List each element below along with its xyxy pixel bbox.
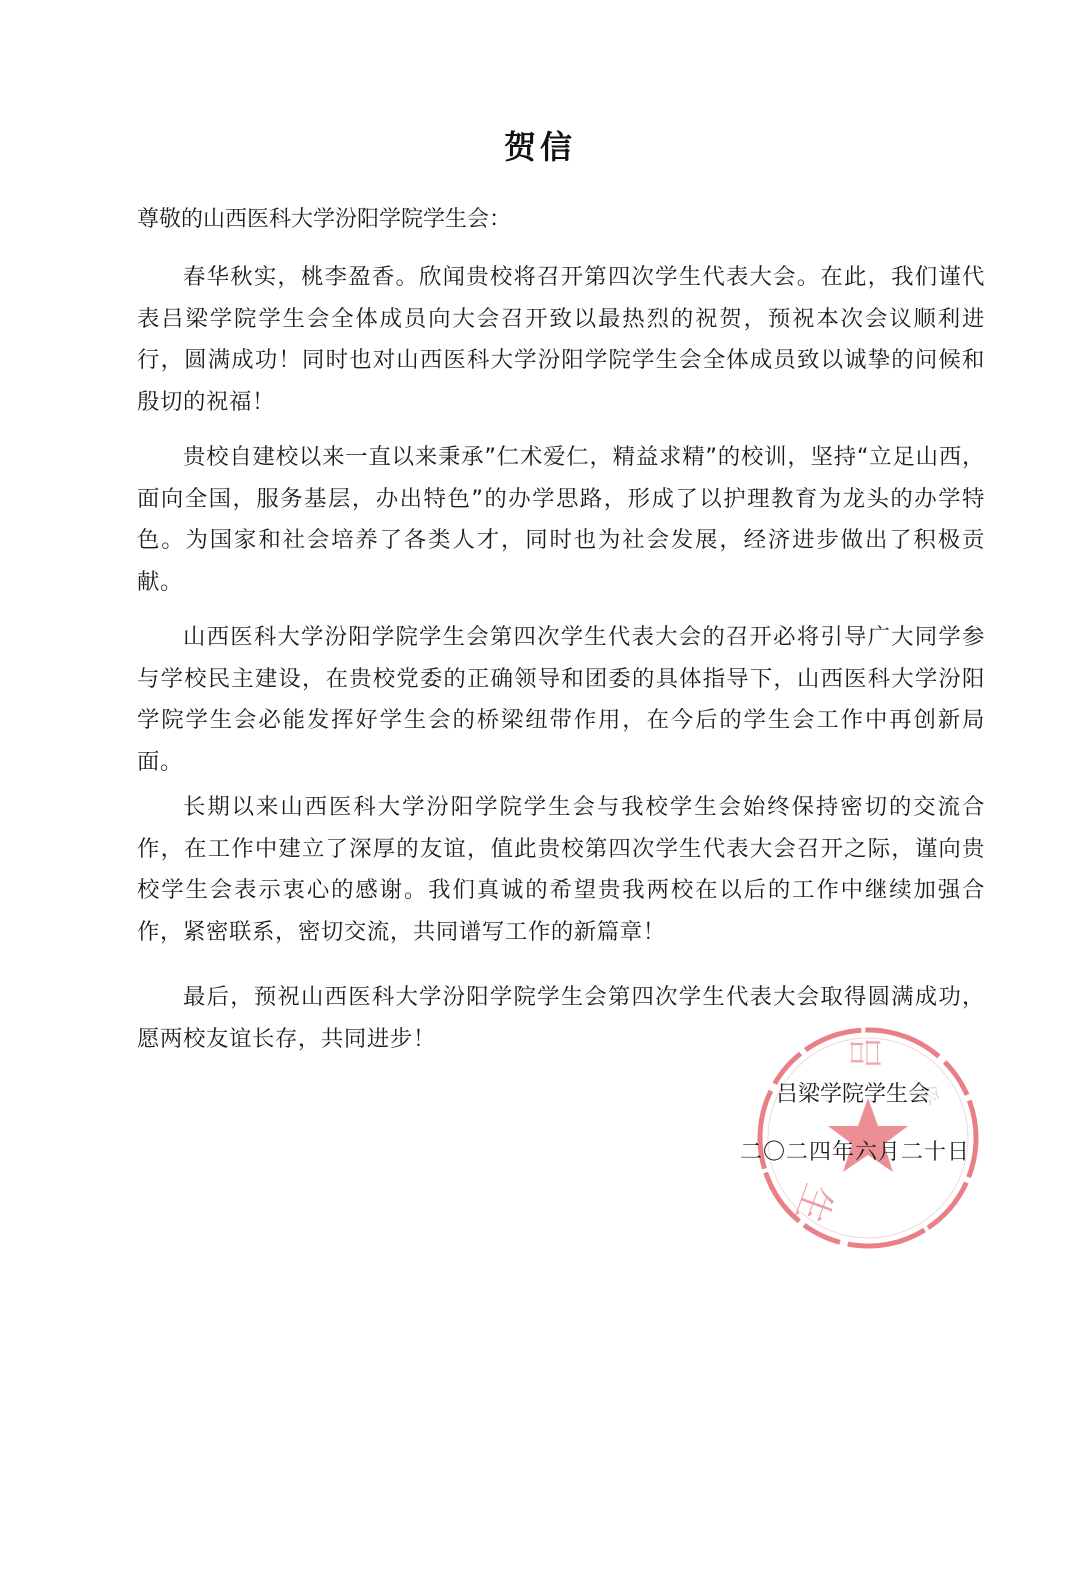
paragraph-congress-significance: 山西医科大学汾阳学院学生会第四次学生代表大会的召开必将引导广大同学参与学校民主建… [137, 617, 985, 783]
signature-date: 二〇二四年六月二十日 [740, 1133, 970, 1173]
paragraph-friendship: 长期以来山西医科大学汾阳学院学生会与我校学生会始终保持密切的交流合作，在工作中建… [137, 787, 985, 953]
svg-text:生: 生 [787, 1179, 841, 1230]
paragraph-congratulations: 春华秋实，桃李盈香。欣闻贵校将召开第四次学生代表大会。在此，我们谨代表吕梁学院学… [137, 257, 985, 423]
letter-page: 贺信 尊敬的山西医科大学汾阳学院学生会： 春华秋实，桃李盈香。欣闻贵校将召开第四… [0, 0, 1080, 1577]
salutation: 尊敬的山西医科大学汾阳学院学生会： [137, 200, 511, 240]
svg-text:吕: 吕 [847, 1036, 887, 1070]
letter-title: 贺信 [0, 122, 1080, 168]
paragraph-school-motto: 贵校自建校以来一直以来秉承”仁术爱仁，精益求精”的校训，坚持“立足山西，面向全国… [137, 437, 985, 603]
signature-organization: 吕梁学院学生会 [776, 1075, 930, 1115]
